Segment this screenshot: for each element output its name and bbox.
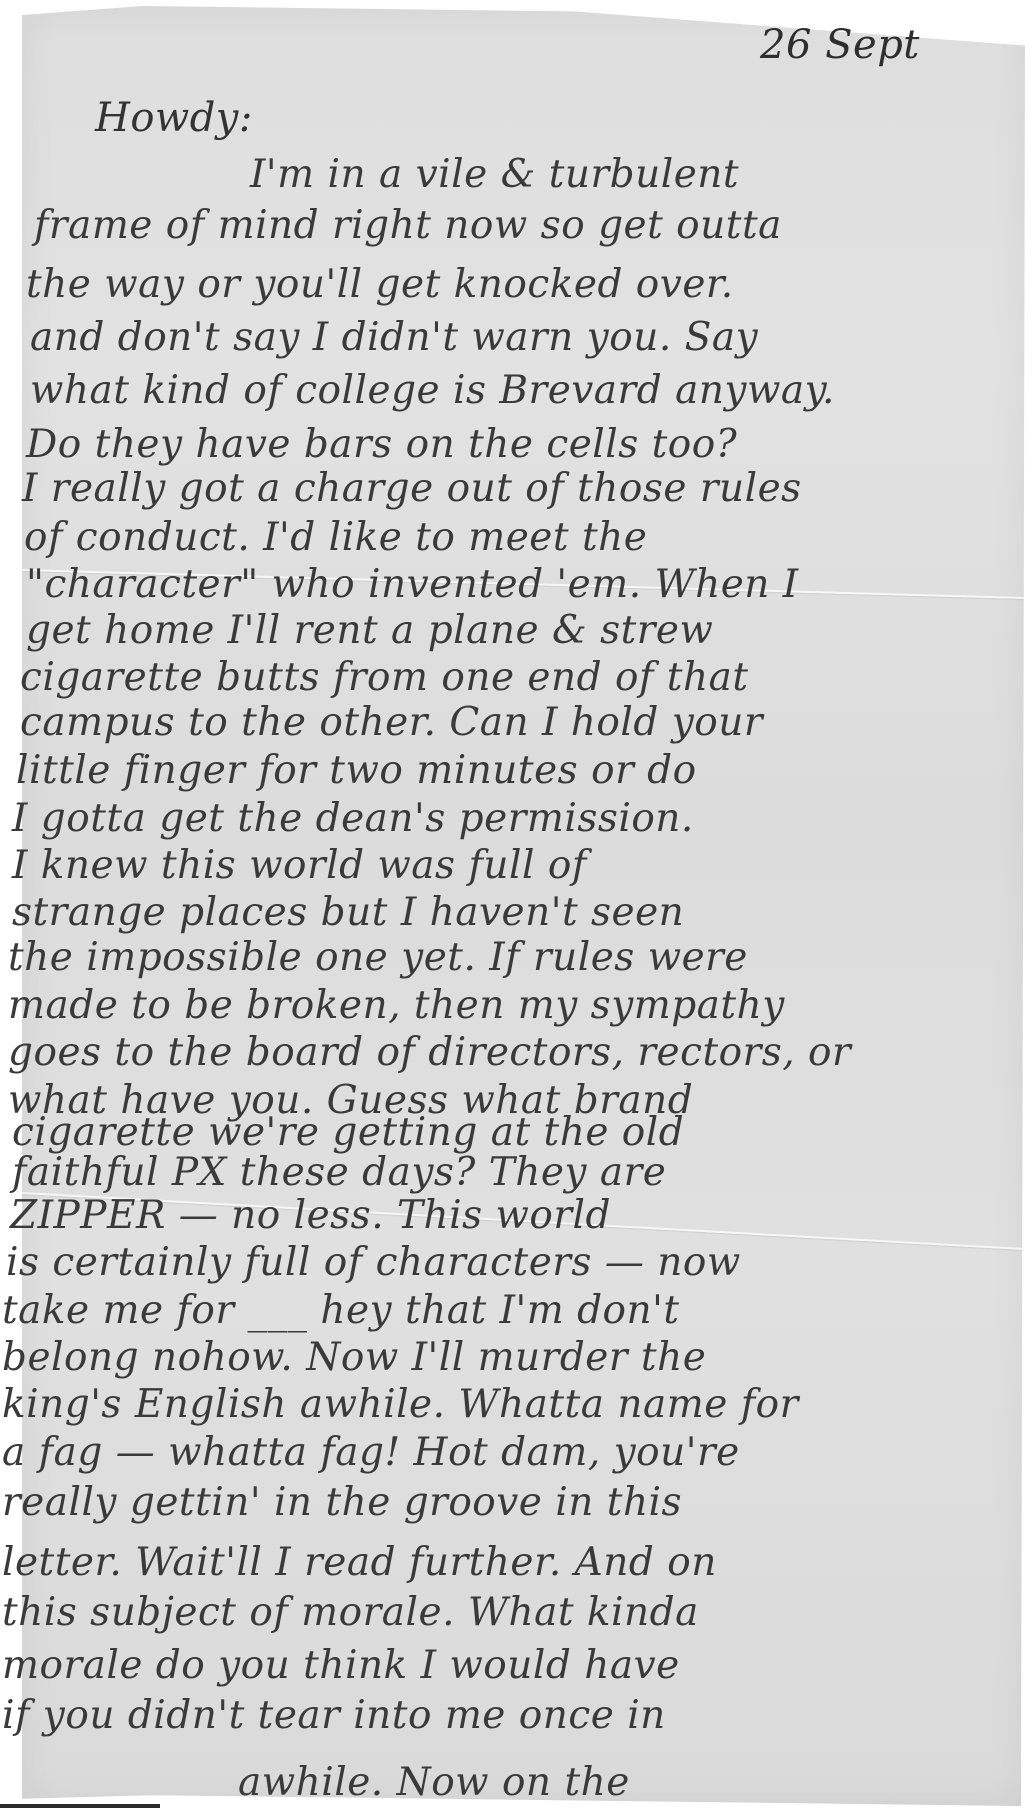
letter-line: faithful PX these days? They are (12, 1150, 666, 1195)
letter-line: I'm in a vile & turbulent (250, 152, 739, 197)
letter-line: if you didn't tear into me once in (2, 1693, 666, 1738)
letter-line: morale do you think I would have (2, 1643, 680, 1688)
letter-salutation: Howdy: (95, 95, 253, 141)
letter-date: 26 Sept (760, 22, 920, 68)
letter-line: cigarette we're getting at the old (12, 1110, 684, 1155)
letter-line: letter. Wait'll I read further. And on (2, 1540, 717, 1585)
letter-line: I gotta get the dean's permission. (12, 796, 694, 841)
letter-line: king's English awhile. Whatta name for (2, 1382, 799, 1427)
letter-line: take me for ___ hey that I'm don't (2, 1288, 680, 1333)
letter-line: is certainly full of characters — now (6, 1240, 741, 1285)
letter-line: awhile. Now on the (238, 1760, 630, 1805)
letter-line: made to be broken, then my sympathy (8, 983, 785, 1028)
letter-line: little finger for two minutes or do (16, 748, 697, 793)
letter-line: a fag — whatta fag! Hot dam, you're (2, 1430, 740, 1475)
letter-line: get home I'll rent a plane & strew (26, 608, 713, 653)
letter-line: "character" who invented 'em. When I (26, 562, 799, 607)
letter-line: I knew this world was full of (12, 843, 587, 888)
letter-line: really gettin' in the groove in this (2, 1480, 682, 1525)
letter-line: frame of mind right now so get outta (34, 203, 782, 248)
letter-line: goes to the board of directors, rectors,… (8, 1030, 851, 1075)
page-bottom-edge (0, 1804, 160, 1808)
letter-line: I really got a charge out of those rules (22, 466, 802, 511)
letter-line: what kind of college is Brevard anyway. (30, 368, 835, 413)
letter-line: this subject of morale. What kinda (2, 1590, 699, 1635)
letter-line: strange places but I haven't seen (12, 890, 684, 935)
letter-line: Do they have bars on the cells too? (26, 422, 737, 467)
letter-line: belong nohow. Now I'll murder the (2, 1335, 706, 1380)
letter-line: of conduct. I'd like to meet the (24, 515, 647, 560)
letter-line: cigarette butts from one end of that (20, 655, 749, 700)
letter-line: campus to the other. Can I hold your (20, 700, 763, 745)
letter-line: the way or you'll get knocked over. (26, 262, 734, 307)
letter-line: the impossible one yet. If rules were (8, 935, 748, 980)
letter-line: and don't say I didn't warn you. Say (30, 315, 758, 360)
letter-line: ZIPPER — no less. This world (10, 1193, 611, 1238)
